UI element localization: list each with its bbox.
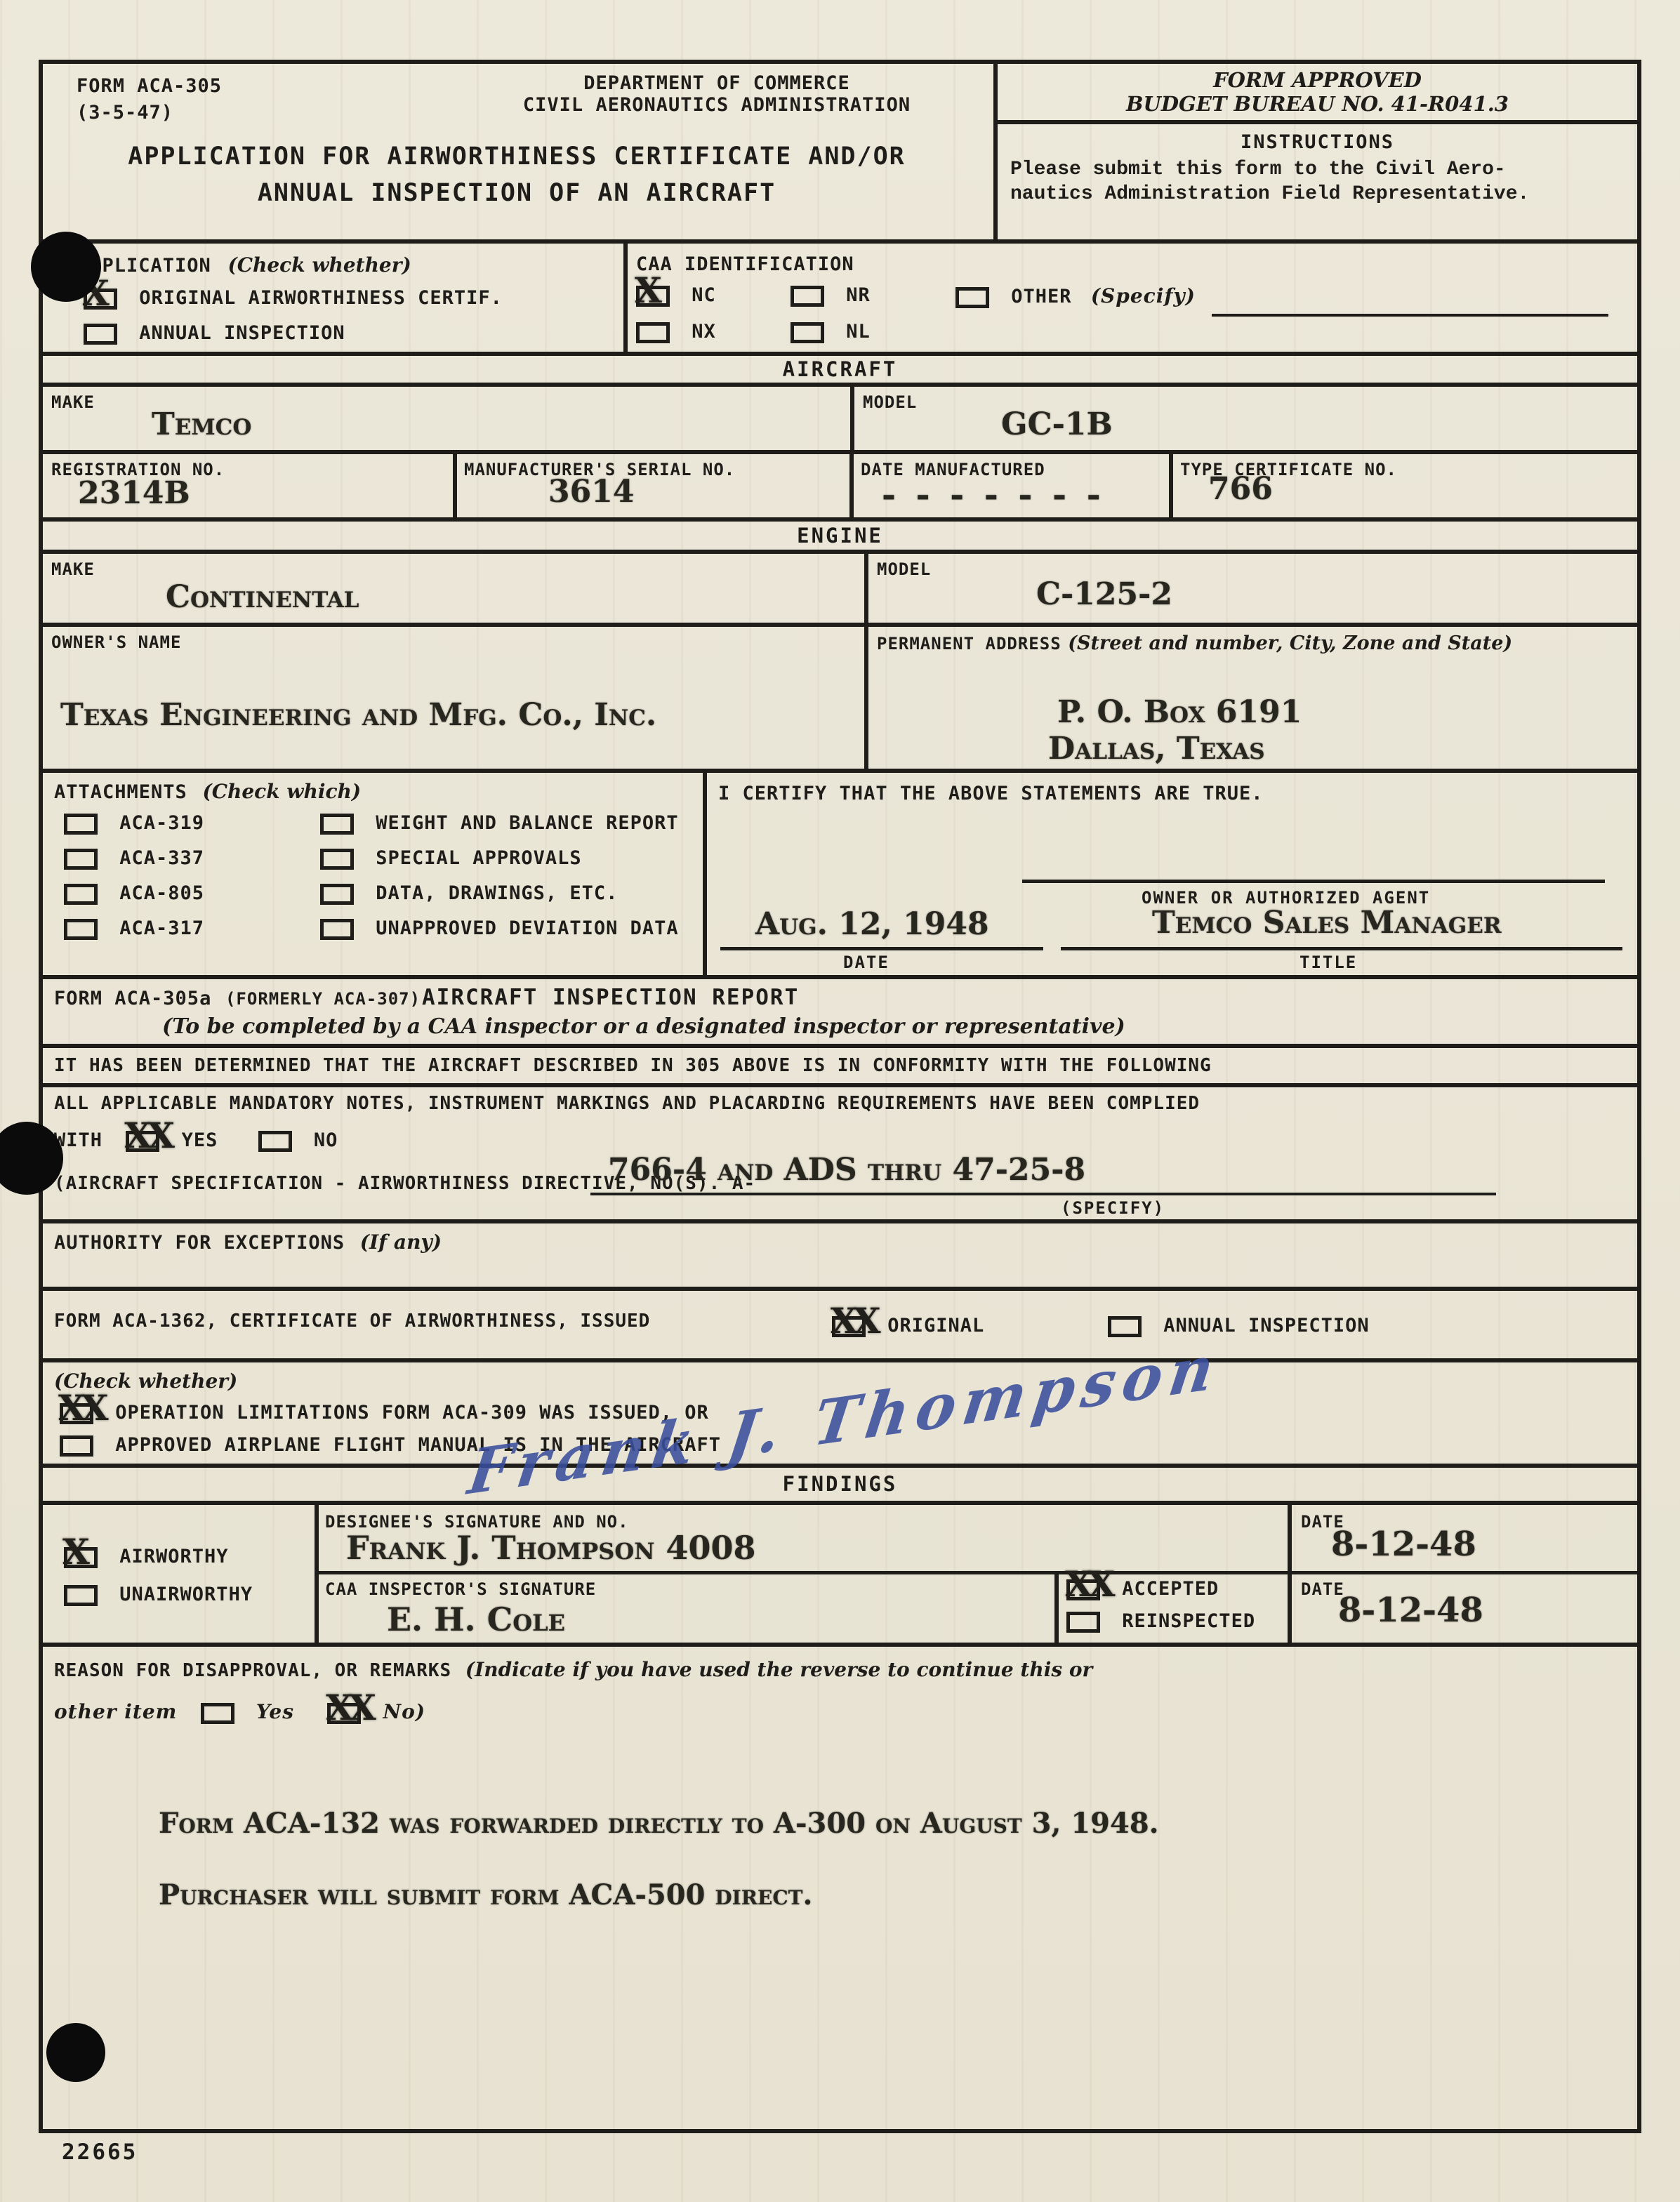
print-serial-number: 22665	[62, 2140, 138, 2165]
section-owner: OWNER'S NAME Texas Engineering and Mfg. …	[43, 627, 1637, 773]
section-aca1362: FORM ACA-1362, CERTIFICATE OF AIRWORTHIN…	[43, 1291, 1637, 1362]
aircraft-section-label: AIRCRAFT	[783, 357, 898, 381]
engine-model-label: MODEL	[877, 559, 931, 579]
checkbox-aca-337[interactable]	[64, 848, 98, 870]
department-line1: DEPARTMENT OF COMMERCE	[450, 72, 984, 94]
section-compliance: ALL APPLICABLE MANDATORY NOTES, INSTRUME…	[43, 1087, 1637, 1223]
checkbox-x-mark: XX	[831, 1300, 877, 1341]
checkbox-box	[791, 322, 824, 343]
checkbox-reverse-yes[interactable]	[201, 1702, 234, 1725]
findings-row-divider	[315, 1571, 1637, 1574]
certify-date-value: Aug. 12, 1948	[755, 906, 989, 942]
inspection-heading: AIRCRAFT INSPECTION REPORT	[422, 985, 799, 1010]
instructions-box: INSTRUCTIONS Please submit this form to …	[998, 124, 1637, 239]
title-line[interactable]	[1061, 947, 1622, 950]
checkbox-special-approvals[interactable]	[320, 848, 354, 870]
nl-label: NL	[846, 321, 871, 343]
findings-accepted-divider	[1054, 1574, 1059, 1643]
engine-model-value: C-125-2	[1036, 576, 1172, 612]
attachments-label: ATTACHMENTS	[54, 781, 187, 803]
form-title-line1: APPLICATION FOR AIRWORTHINESS CERTIFICAT…	[81, 142, 952, 171]
section-engine-make-model: MAKE Continental MODEL C-125-2	[43, 554, 1637, 627]
section-determined: IT HAS BEEN DETERMINED THAT THE AIRCRAFT…	[43, 1048, 1637, 1087]
spec-line[interactable]	[590, 1193, 1496, 1195]
reg-divider-3	[1169, 454, 1173, 517]
checkbox-x-mark: X	[62, 1531, 86, 1572]
issued-annual-label: ANNUAL INSPECTION	[1163, 1315, 1369, 1337]
department-line2: CIVIL AERONAUTICS ADMINISTRATION	[450, 94, 984, 116]
checkbox-annual-inspection[interactable]	[84, 323, 117, 345]
checkbox-nr[interactable]	[791, 285, 824, 307]
yes-label: YES	[182, 1129, 218, 1151]
attachment-form-label: ACA-317	[119, 917, 204, 939]
address-line1: P. O. Box 6191	[1057, 694, 1302, 730]
checkbox-issued-annual[interactable]	[1108, 1315, 1142, 1338]
checkbox-box	[64, 919, 98, 940]
attachment-item-label: UNAPPROVED DEVIATION DATA	[376, 917, 678, 939]
checkbox-box	[64, 814, 98, 835]
checkbox-flight-manual[interactable]	[60, 1435, 93, 1457]
section-authority: AUTHORITY FOR EXCEPTIONS (If any)	[43, 1223, 1637, 1291]
attachments-divider	[703, 773, 707, 975]
attachment-item-label: WEIGHT AND BALANCE REPORT	[376, 812, 678, 834]
section-application: APPLICATION (Check whether) X ORIGINAL A…	[43, 244, 1637, 356]
airworthy-label: AIRWORTHY	[119, 1546, 228, 1567]
inspection-subheading: (To be completed by a CAA inspector or a…	[162, 1014, 1125, 1039]
checkbox-aca-805[interactable]	[64, 883, 98, 906]
form-approved-box: FORM APPROVED BUDGET BUREAU NO. 41-R041.…	[998, 64, 1637, 124]
checkbox-reinspected[interactable]	[1066, 1611, 1100, 1633]
inspector-date-value: 8-12-48	[1338, 1591, 1483, 1630]
engine-make-label: MAKE	[51, 559, 95, 579]
authority-hint: (If any)	[360, 1231, 442, 1254]
checkbox-aca-317[interactable]	[64, 918, 98, 941]
hole-punch-bottom	[46, 2023, 105, 2082]
designee-date-value: 8-12-48	[1331, 1525, 1476, 1564]
address-label: PERMANENT ADDRESS	[877, 634, 1061, 654]
specify-caption: (SPECIFY)	[1061, 1198, 1165, 1218]
attachment-item-label: DATA, DRAWINGS, ETC.	[376, 882, 618, 904]
engine-section-label: ENGINE	[797, 524, 883, 548]
certify-statement: I CERTIFY THAT THE ABOVE STATEMENTS ARE …	[718, 783, 1264, 804]
engine-make-model-divider	[864, 554, 868, 623]
form-approved-line1: FORM APPROVED	[998, 68, 1637, 92]
checkbox-x-mark: XX	[124, 1115, 171, 1156]
checkbox-weight-balance[interactable]	[320, 813, 354, 835]
aircraft-make-label: MAKE	[51, 392, 95, 412]
make-model-divider	[850, 387, 854, 450]
nc-label: NC	[692, 284, 716, 306]
owner-name-value: Texas Engineering and Mfg. Co., Inc.	[60, 697, 656, 733]
section-findings-heading: FINDINGS	[43, 1468, 1637, 1505]
checkbox-x-mark: X	[635, 270, 658, 311]
checkbox-box	[258, 1131, 292, 1152]
reg-divider-2	[849, 454, 854, 517]
checkbox-complied-yes[interactable]: XX	[126, 1130, 159, 1153]
remarks-no-label: No)	[383, 1700, 426, 1723]
inspector-signature-label: CAA INSPECTOR'S SIGNATURE	[325, 1579, 596, 1599]
type-cert-value: 766	[1208, 471, 1273, 507]
checkbox-x-mark: XX	[58, 1387, 105, 1428]
attachment-form-label: ACA-319	[119, 812, 204, 834]
remarks-typed-line2: Purchaser will submit form ACA-500 direc…	[159, 1878, 812, 1911]
reinspected-label: REINSPECTED	[1122, 1610, 1255, 1632]
agent-signature-line[interactable]	[1022, 880, 1605, 883]
application-hint: (Check whether)	[227, 253, 411, 277]
remarks-hint-line1: (Indicate if you have used the reverse t…	[465, 1658, 1092, 1681]
title-caption: TITLE	[1299, 953, 1357, 972]
certify-title-value: Temco Sales Manager	[1152, 905, 1502, 941]
checkbox-complied-no[interactable]	[258, 1130, 292, 1153]
form-title-line2: ANNUAL INSPECTION OF AN AIRCRAFT	[81, 179, 952, 207]
checkbox-box	[320, 849, 354, 870]
other-specify-hint: (Specify)	[1091, 284, 1196, 307]
checkbox-data-drawings[interactable]	[320, 883, 354, 906]
address-hint: (Street and number, City, Zone and State…	[1068, 632, 1512, 654]
checkbox-box	[201, 1703, 234, 1724]
checkbox-box	[955, 287, 989, 308]
date-mfg-value: - - - - - - -	[882, 475, 1105, 515]
attachments-hint: (Check which)	[202, 780, 361, 803]
checkbox-unairworthy[interactable]	[64, 1584, 98, 1607]
cert-issued-label: FORM ACA-1362, CERTIFICATE OF AIRWORTHIN…	[54, 1311, 650, 1332]
remarks-typed-line1: Form ACA-132 was forwarded directly to A…	[159, 1807, 1159, 1840]
checkbox-box	[64, 1585, 98, 1606]
no-label: NO	[314, 1129, 338, 1151]
address-line2: Dallas, Texas	[1048, 731, 1265, 767]
findings-label: FINDINGS	[783, 1472, 898, 1496]
checkbox-airworthy[interactable]: X	[64, 1546, 98, 1569]
caa-identification-label: CAA IDENTIFICATION	[636, 253, 854, 275]
checkbox-nl[interactable]	[791, 321, 824, 344]
checkbox-box	[320, 814, 354, 835]
inspection-form-ref: FORM ACA-305a	[54, 988, 211, 1009]
compliance-line: ALL APPLICABLE MANDATORY NOTES, INSTRUME…	[54, 1093, 1200, 1114]
checkbox-box	[1108, 1316, 1142, 1337]
remarks-label: REASON FOR DISAPPROVAL, OR REMARKS	[54, 1660, 451, 1681]
issued-original-label: ORIGINAL	[887, 1315, 984, 1337]
checkbox-issued-original[interactable]: XX	[832, 1315, 866, 1338]
other-label: OTHER	[1011, 286, 1071, 307]
spec-value: 766-4 and ADS thru 47-25-8	[608, 1152, 1085, 1188]
aircraft-model-value: GC-1B	[1001, 406, 1113, 442]
other-specify-line[interactable]	[1212, 314, 1608, 317]
nr-label: NR	[846, 284, 871, 306]
serial-value: 3614	[548, 474, 634, 510]
checkbox-aca-319[interactable]	[64, 813, 98, 835]
determined-text: IT HAS BEEN DETERMINED THAT THE AIRCRAFT…	[54, 1055, 1212, 1076]
checkbox-nc[interactable]: X	[636, 285, 670, 307]
section-attachments-certify: ATTACHMENTS (Check which) ACA-319 WEIGHT…	[43, 773, 1637, 979]
owner-address-divider	[864, 627, 868, 769]
accepted-label: ACCEPTED	[1122, 1578, 1219, 1600]
inspector-signature-value: E. H. Cole	[387, 1600, 565, 1638]
date-line[interactable]	[720, 947, 1043, 950]
checkbox-accepted[interactable]: XX	[1066, 1579, 1100, 1601]
remarks-hint-line2: other item	[54, 1700, 177, 1723]
checkbox-other[interactable]	[955, 286, 989, 309]
checkbox-box	[1066, 1612, 1100, 1633]
checkbox-unapproved-deviation[interactable]	[320, 918, 354, 941]
checkbox-operation-limitations[interactable]: XX	[60, 1402, 93, 1425]
checkbox-box	[791, 286, 824, 307]
attachment-item-label: SPECIAL APPROVALS	[376, 847, 581, 869]
date-caption: DATE	[843, 953, 889, 972]
aircraft-make-value: Temco	[152, 406, 251, 442]
checkbox-box	[64, 884, 98, 905]
form-number: FORM ACA-305	[77, 75, 222, 97]
attachment-form-label: ACA-337	[119, 847, 204, 869]
remarks-yes-label: Yes	[256, 1700, 294, 1723]
hole-punch-top	[31, 232, 101, 302]
engine-make-value: Continental	[166, 579, 359, 615]
checkbox-box	[320, 884, 354, 905]
section-remarks: REASON FOR DISAPPROVAL, OR REMARKS (Indi…	[43, 1647, 1637, 2129]
nx-label: NX	[692, 321, 716, 343]
form-border: FORM ACA-305 (3-5-47) DEPARTMENT OF COMM…	[39, 60, 1641, 2133]
section-aircraft-registration: REGISTRATION NO. 2314B MANUFACTURER'S SE…	[43, 454, 1637, 522]
scanned-form-page: FORM ACA-305 (3-5-47) DEPARTMENT OF COMM…	[0, 0, 1680, 2202]
unairworthy-label: UNAIRWORTHY	[119, 1584, 253, 1605]
instructions-line2: nautics Administration Field Representat…	[1010, 183, 1637, 205]
section-aircraft-make-model: MAKE Temco MODEL GC-1B	[43, 387, 1637, 454]
checkbox-x-mark: XX	[326, 1687, 372, 1728]
checkbox-reverse-no[interactable]: XX	[327, 1702, 361, 1725]
owner-name-label: OWNER'S NAME	[51, 632, 181, 652]
authority-label: AUTHORITY FOR EXCEPTIONS	[54, 1232, 345, 1254]
checkbox-box	[636, 322, 670, 343]
original-airworthiness-label: ORIGINAL AIRWORTHINESS CERTIF.	[139, 287, 503, 309]
section-engine-heading: ENGINE	[43, 522, 1637, 554]
checkbox-box	[60, 1435, 93, 1457]
checkbox-box	[320, 919, 354, 940]
checkbox-box	[64, 849, 98, 870]
application-divider	[623, 244, 628, 352]
checkbox-nx[interactable]	[636, 321, 670, 344]
attachment-form-label: ACA-805	[119, 882, 204, 904]
form-approved-line2: BUDGET BUREAU NO. 41-R041.3	[998, 92, 1637, 116]
checkbox-box	[84, 324, 117, 345]
designee-typed-name: Frank J. Thompson 4008	[346, 1529, 755, 1567]
registration-value: 2314B	[78, 475, 190, 511]
section-aircraft-heading: AIRCRAFT	[43, 356, 1637, 387]
section-findings-table: X AIRWORTHY UNAIRWORTHY DESIGNEE'S SIGNA…	[43, 1505, 1637, 1647]
section-header: FORM ACA-305 (3-5-47) DEPARTMENT OF COMM…	[43, 64, 1637, 244]
aircraft-model-label: MODEL	[863, 392, 917, 412]
checkbox-x-mark: XX	[1065, 1563, 1111, 1605]
section-inspection-heading: FORM ACA-305a (FORMERLY ACA-307) AIRCRAF…	[43, 979, 1637, 1048]
form-number-revision: (3-5-47)	[77, 102, 173, 124]
inspection-formerly: (FORMERLY ACA-307)	[225, 989, 421, 1009]
instructions-line1: Please submit this form to the Civil Aer…	[1010, 159, 1637, 180]
reg-divider-1	[453, 454, 457, 517]
annual-inspection-label: ANNUAL INSPECTION	[139, 322, 345, 344]
instructions-heading: INSTRUCTIONS	[998, 131, 1637, 153]
